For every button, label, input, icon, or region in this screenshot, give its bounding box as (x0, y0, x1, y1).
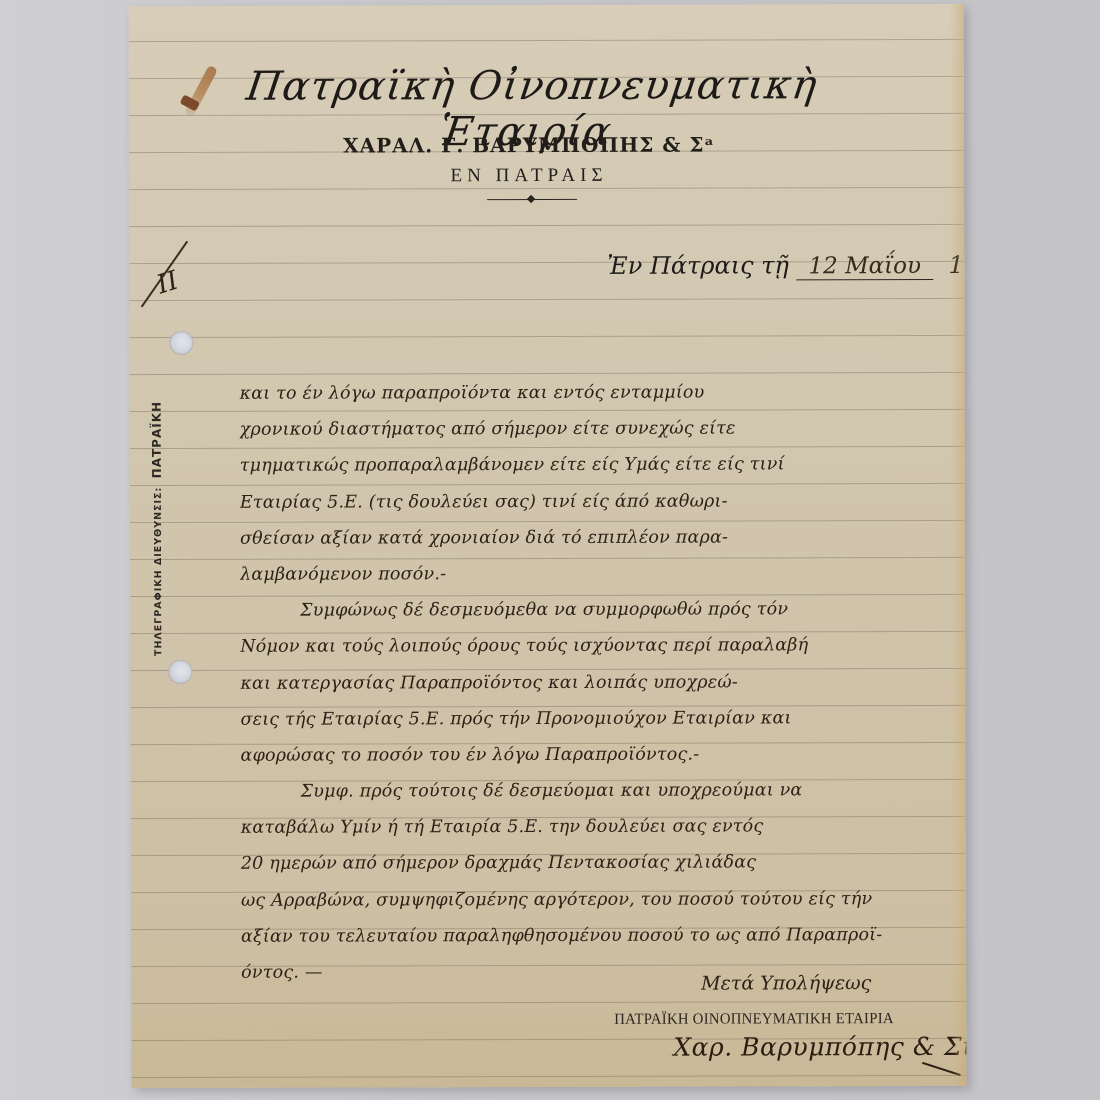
dateline-place: Ἐν Πάτραις τῇ (607, 251, 789, 279)
letter-body: και το έν λόγω παραπροϊόντα και εντός εν… (240, 374, 942, 991)
telegraph-value: ΠΑΤΡΑΪΚΗ (150, 401, 164, 478)
dateline-month: Μαΐου (845, 253, 921, 279)
body-line: σεις τής Εταιρίας 5.Ε. πρός τήν Προνομιο… (240, 700, 940, 738)
body-line: Συμφώνως δέ δεσμευόμεθα να συμμορφωθώ πρ… (240, 591, 940, 629)
letterhead-ornament-rule (487, 196, 577, 204)
telegraph-address: ΤΗΛΕΓΡΑΦΙΚΗ ΔΙΕΥΘΥΝΣΙΣ: ΠΑΤΡΑΪΚΗ (150, 401, 165, 656)
body-line: αφορώσας το ποσόν του έν λόγω Παραπροϊόν… (241, 736, 941, 774)
ornament-diamond-icon (527, 195, 535, 203)
letterhead-proprietor: ΧΑΡΑΛ. Γ. ΒΑΡΥΜΠΟΠΗΣ & Σᵃ (229, 132, 829, 158)
body-line: ως Αρραβώνα, συμψηφιζομένης αργότερον, τ… (241, 881, 941, 919)
body-line: τμηματικώς προπαραλαμβάνομεν είτε είς Υμ… (240, 446, 940, 484)
body-line: λαμβανόμενον ποσόν.- (240, 555, 940, 593)
rust-stain (184, 65, 219, 118)
body-line: Συμφ. πρός τούτοις δέ δεσμεύομαι και υπο… (241, 772, 941, 810)
letterhead-city: ΕΝ ΠΑΤΡΑΙΣ (229, 164, 829, 188)
dateline-year-printed: 192 (949, 251, 967, 279)
body-line: καταβάλω Υμίν ή τή Εταιρία 5.Ε. την δουλ… (241, 808, 941, 846)
letter-sheet: Πατραϊκὴ Οἰνοπνευματικὴ Ἑταιρία ΧΑΡΑΛ. Γ… (129, 4, 967, 1088)
telegraph-label: ΤΗΛΕΓΡΑΦΙΚΗ ΔΙΕΥΘΥΝΣΙΣ: (153, 487, 164, 656)
body-line: και το έν λόγω παραπροϊόντα και εντός εν… (240, 374, 940, 412)
signature: Χαρ. Βαρυμπόπης & Σία (673, 1032, 966, 1062)
company-stamp: ΠΑΤΡΑΪΚΗ ΟΙΝΟΠΝΕΥΜΑΤΙΚΗ ΕΤΑΙΡΙΑ (614, 1010, 894, 1029)
body-line: χρονικού διαστήματος από σήμερον είτε συ… (240, 410, 940, 448)
body-line: Εταιρίας 5.Ε. (τις δουλεύει σας) τινί εί… (240, 483, 940, 521)
body-line: Νόμον και τούς λοιπούς όρους τούς ισχύον… (240, 627, 940, 665)
body-line: σθείσαν αξίαν κατά χρονιαίον διά τό επιπ… (240, 519, 940, 557)
body-line: και κατεργασίας Παραπροϊόντος και λοιπάς… (240, 663, 940, 701)
dateline: Ἐν Πάτραις τῇ 12 Μαΐου 1922 (607, 251, 966, 281)
punch-hole-upper (169, 331, 193, 355)
punch-hole-lower (168, 660, 192, 684)
dateline-day-month: 12 Μαΐου (796, 253, 933, 280)
body-line: 20 ημερών από σήμερον δραχμάς Πεντακοσία… (241, 844, 941, 882)
dateline-day: 12 (808, 253, 837, 279)
signature-flourish (922, 1062, 961, 1076)
body-line: αξίαν του τελευταίου παραληφθησομένου πο… (241, 917, 941, 955)
closing-salutation: Μετά Υπολήψεως (701, 972, 871, 994)
